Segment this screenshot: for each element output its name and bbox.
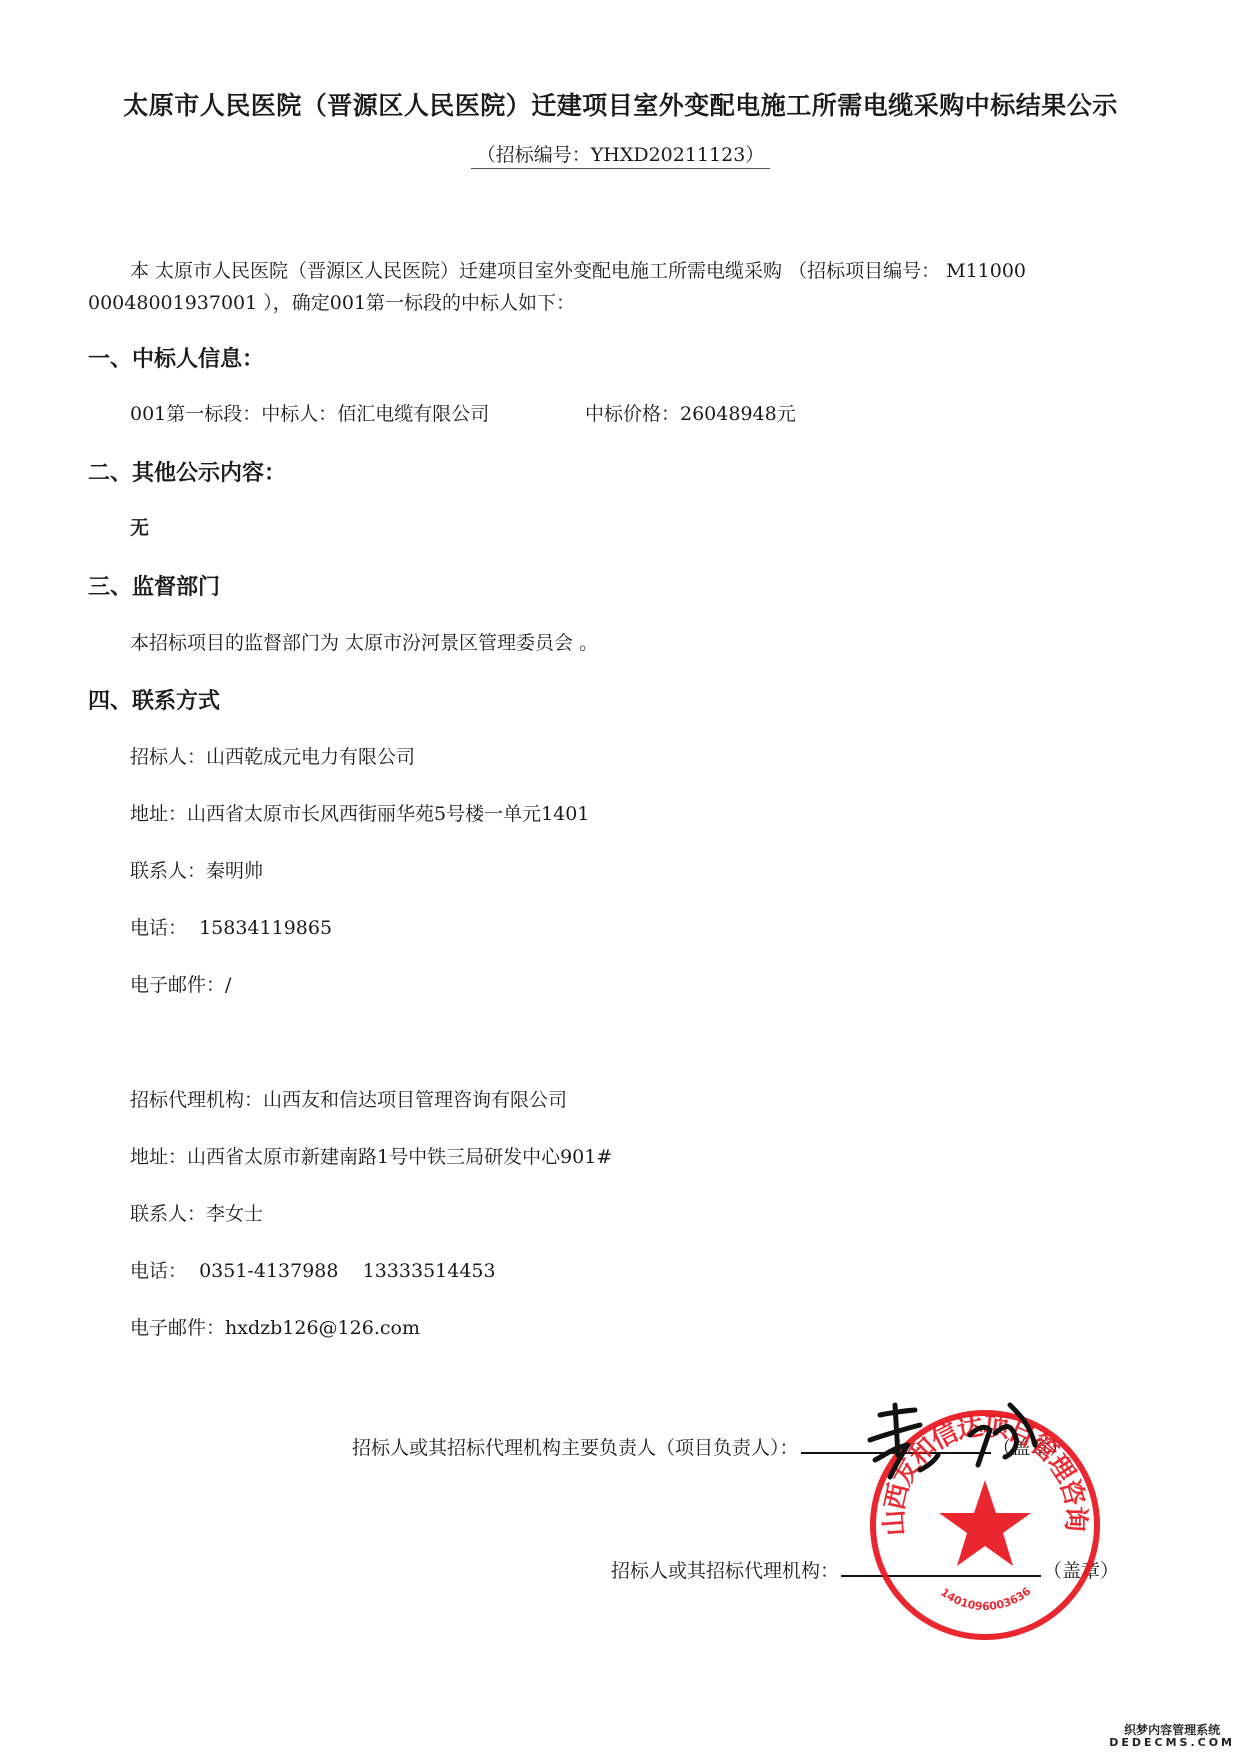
dedecms-watermark: 织梦内容管理系统 DEDECMS.COM (1109, 1724, 1235, 1749)
agency-contact: 联系人：李女士 (130, 1199, 263, 1226)
tender-number-text: （招标编号：YHXD20211123） (471, 144, 771, 169)
supervision-dept: 本招标项目的监督部门为 太原市汾河景区管理委员会 。 (130, 628, 598, 655)
watermark-cn: 织梦内容管理系统 (1109, 1724, 1235, 1737)
section-heading-winner-info: 一、中标人信息： (88, 342, 264, 373)
agency-email: 电子邮件：hxdzb126@126.com (130, 1313, 420, 1340)
handwritten-signature-icon (860, 1385, 1090, 1485)
watermark-en: DEDECMS.COM (1109, 1737, 1235, 1749)
intro-line-1: 本 太原市人民医院（晋源区人民医院）迁建项目室外变配电施工所需电缆采购 （招标项… (130, 256, 1026, 283)
tenderer-name: 招标人：山西乾成元电力有限公司 (130, 742, 415, 769)
signature-line-responsible-label: 招标人或其招标代理机构主要负责人（项目负责人）： (352, 1437, 799, 1459)
winning-price: 中标价格：26048948元 (585, 399, 796, 426)
svg-text:1401096003636: 1401096003636 (938, 1584, 1034, 1613)
section-heading-supervision: 三、监督部门 (88, 570, 220, 601)
tender-number: （招标编号：YHXD20211123） (0, 140, 1241, 167)
section-heading-other-content: 二、其他公示内容： (88, 456, 286, 487)
agency-name: 招标代理机构：山西友和信达项目管理咨询有限公司 (130, 1085, 567, 1112)
tenderer-address: 地址：山西省太原市长风西街丽华苑5号楼一单元1401 (130, 799, 589, 826)
other-content-value: 无 (130, 513, 149, 540)
tenderer-phone: 电话： 15834119865 (130, 913, 332, 940)
winner-line: 001第一标段：中标人：佰汇电缆有限公司 (130, 399, 489, 426)
tenderer-email: 电子邮件：/ (130, 970, 231, 997)
agency-phone: 电话： 0351-4137988 13333514453 (130, 1256, 496, 1283)
section-heading-contact: 四、联系方式 (88, 684, 220, 715)
agency-address: 地址：山西省太原市新建南路1号中铁三局研发中心901# (130, 1142, 612, 1169)
tenderer-contact: 联系人：秦明帅 (130, 856, 263, 883)
intro-line-2: 00048001937001 ），确定001第一标段的中标人如下： (88, 288, 575, 315)
document-title: 太原市人民医院（晋源区人民医院）迁建项目室外变配电施工所需电缆采购中标结果公示 (0, 86, 1241, 122)
signature-line-agency-label: 招标人或其招标代理机构： (611, 1560, 839, 1582)
